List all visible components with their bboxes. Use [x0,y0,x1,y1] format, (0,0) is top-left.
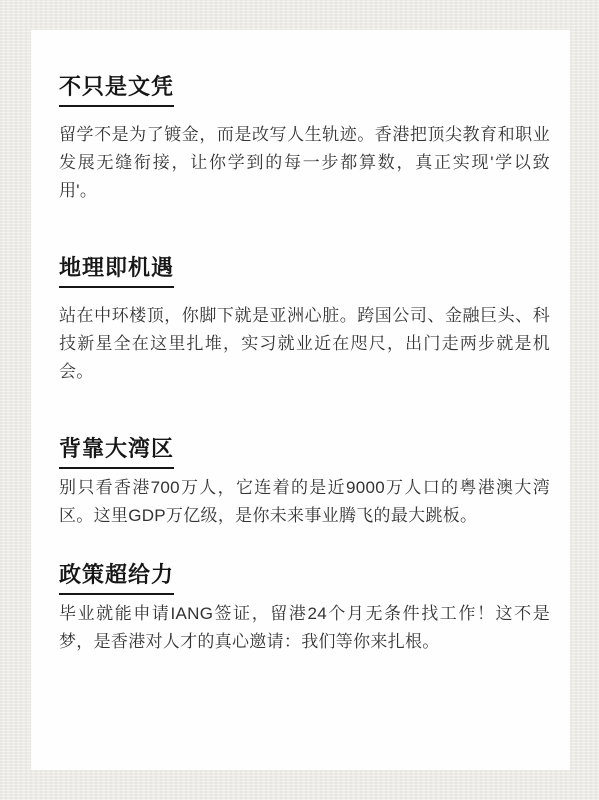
section-not-just-diploma: 不只是文凭 留学不是为了镀金，而是改写人生轨迹。香港把顶尖教育和职业发展无缝衔接… [59,74,550,205]
section-heading-text: 不只是文凭 [59,74,174,107]
section-policy-support: 政策超给力 毕业就能申请IANG签证，留港24个月无条件找工作！这不是梦，是香港… [59,562,550,656]
section-heading: 政策超给力 [59,562,550,595]
section-heading-text: 政策超给力 [59,562,174,595]
section-heading-text: 背靠大湾区 [59,436,174,469]
paper-background: 不只是文凭 留学不是为了镀金，而是改写人生轨迹。香港把顶尖教育和职业发展无缝衔接… [0,0,599,800]
section-heading: 不只是文凭 [59,74,550,107]
section-greater-bay-area: 背靠大湾区 别只看香港700万人，它连着的是近9000万人口的粤港澳大湾区。这里… [59,436,550,530]
section-heading: 地理即机遇 [59,255,550,288]
section-body: 别只看香港700万人，它连着的是近9000万人口的粤港澳大湾区。这里GDP万亿级… [59,474,550,530]
section-heading-text: 地理即机遇 [59,255,174,288]
section-body: 留学不是为了镀金，而是改写人生轨迹。香港把顶尖教育和职业发展无缝衔接，让你学到的… [59,121,550,205]
section-geography-opportunity: 地理即机遇 站在中环楼顶，你脚下就是亚洲心脏。跨国公司、金融巨头、科技新星全在这… [59,255,550,386]
content-card: 不只是文凭 留学不是为了镀金，而是改写人生轨迹。香港把顶尖教育和职业发展无缝衔接… [31,30,570,770]
section-heading: 背靠大湾区 [59,436,550,469]
section-body: 站在中环楼顶，你脚下就是亚洲心脏。跨国公司、金融巨头、科技新星全在这里扎堆，实习… [59,302,550,386]
section-body: 毕业就能申请IANG签证，留港24个月无条件找工作！这不是梦，是香港对人才的真心… [59,600,550,656]
